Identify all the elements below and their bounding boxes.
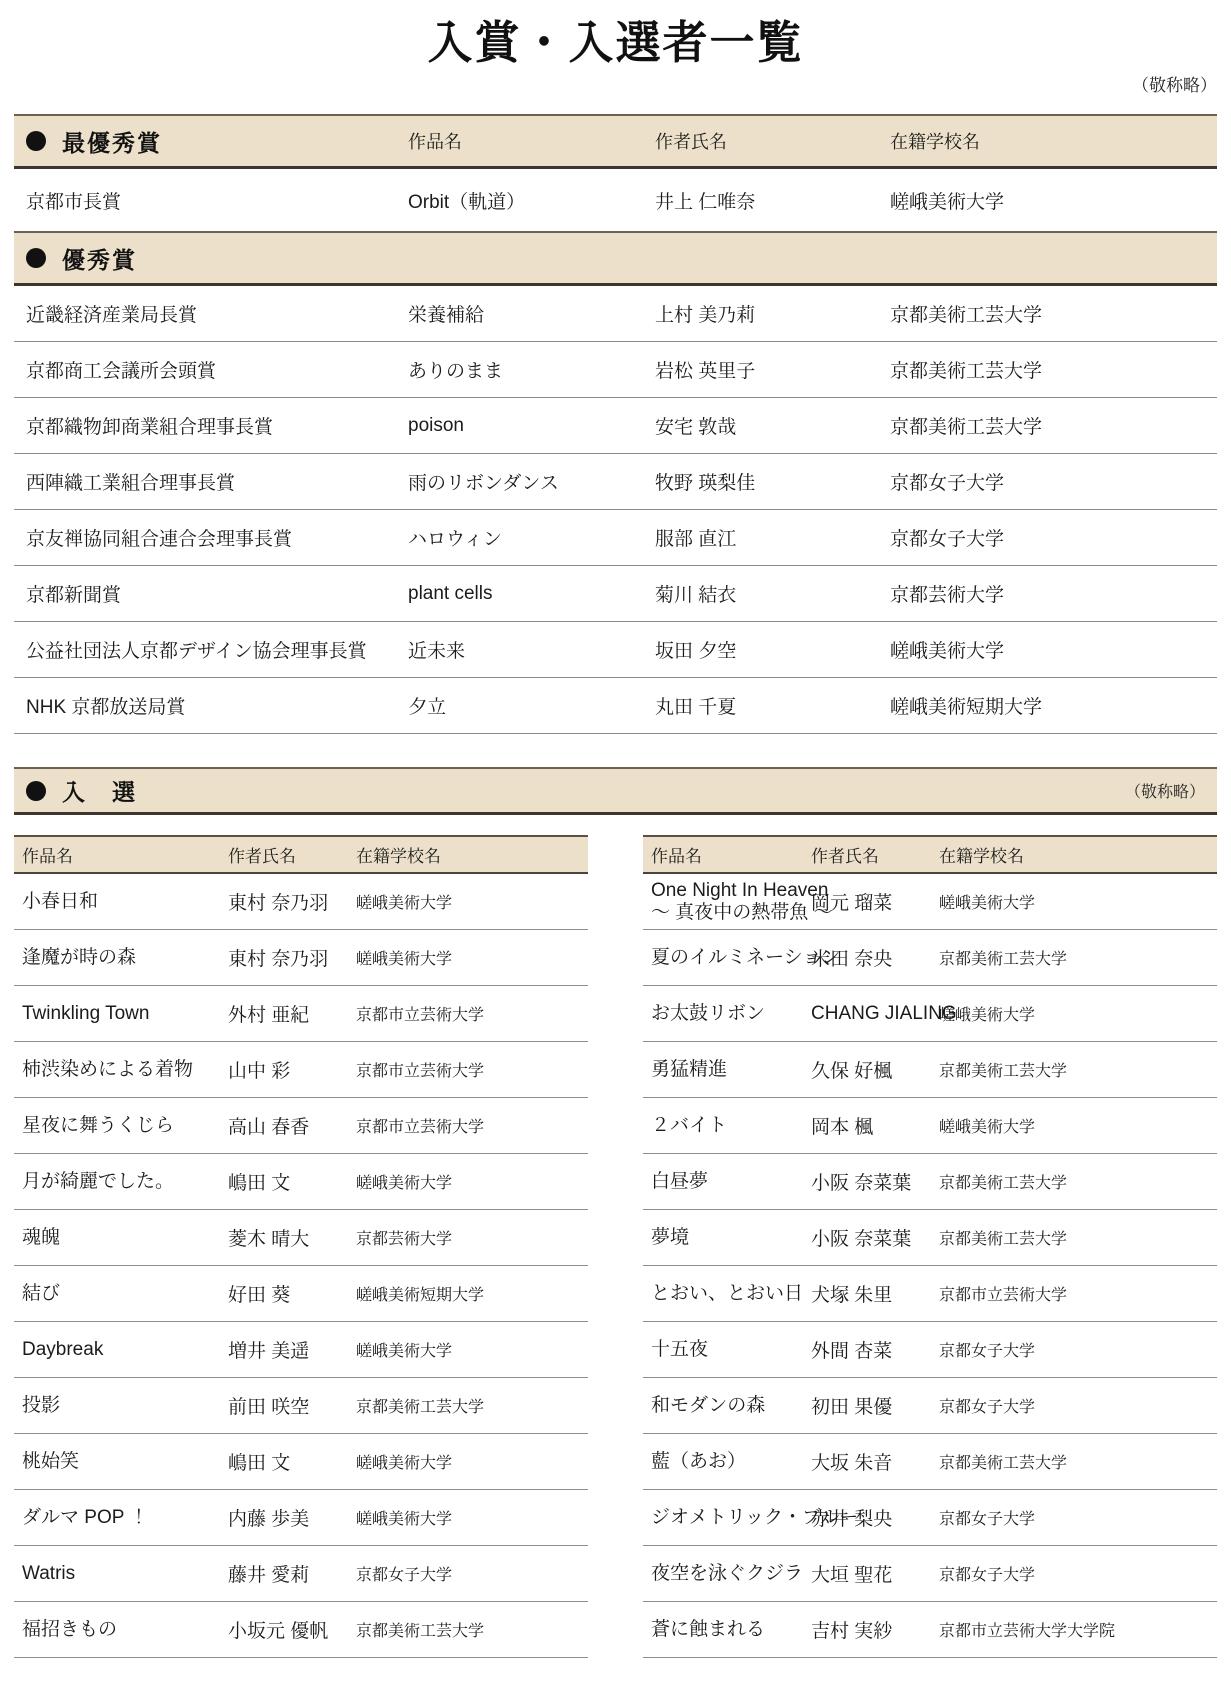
bullet-icon [26, 131, 46, 151]
work-title-cell: ありのまま [408, 356, 655, 383]
selected-row: One Night In Heaven ～ 真夜中の熱帯魚 ～ 岡元 瑠菜 嵯峨… [643, 874, 1217, 930]
school-name-cell: 京都市立芸術大学 [939, 1282, 1209, 1305]
award-row: 京都商工会議所会頭賞 ありのまま 岩松 英里子 京都美術工芸大学 [14, 342, 1217, 398]
selected-row: 勇猛精進 久保 好楓 京都美術工芸大学 [643, 1042, 1217, 1098]
column-header-school: 在籍学校名 [890, 128, 1205, 154]
artist-name-cell: 増井 美遥 [228, 1336, 356, 1363]
artist-name-cell: 嶋田 文 [228, 1448, 356, 1475]
school-name-cell: 嵯峨美術大学 [356, 1506, 580, 1529]
school-name-cell: 京都美術工芸大学 [356, 1394, 580, 1417]
artist-name-cell: 初田 果優 [811, 1392, 939, 1419]
award-name-cell: 京都織物卸商業組合理事長賞 [26, 412, 408, 439]
school-name-cell: 京都女子大学 [356, 1562, 580, 1585]
artist-name-cell: 上村 美乃莉 [655, 300, 890, 327]
school-name-cell: 京都美術工芸大学 [939, 1226, 1209, 1249]
award-row: 公益社団法人京都デザイン協会理事長賞 近未来 坂田 夕空 嵯峨美術大学 [14, 622, 1217, 678]
school-name-cell: 京都芸術大学 [356, 1226, 580, 1249]
work-title-cell: poison [408, 415, 655, 437]
school-name-cell: 京都女子大学 [890, 468, 1205, 495]
work-title-cell: ダルマ POP ！ [22, 1507, 228, 1529]
column-header-school: 在籍学校名 [939, 842, 1209, 867]
selected-row: 星夜に舞うくじら 高山 春香 京都市立芸術大学 [14, 1098, 588, 1154]
artist-name-cell: 服部 直江 [655, 524, 890, 551]
selected-row: 和モダンの森 初田 果優 京都女子大学 [643, 1378, 1217, 1434]
artist-name-cell: 小阪 奈菜葉 [811, 1224, 939, 1251]
work-title-cell: 結び [22, 1283, 228, 1305]
award-row: 京都織物卸商業組合理事長賞 poison 安宅 敦哉 京都美術工芸大学 [14, 398, 1217, 454]
selected-tables: 作品名 作者氏名 在籍学校名 小春日和 東村 奈乃羽 嵯峨美術大学 逢魔が時の森… [14, 835, 1217, 1658]
artist-name-cell: 坂田 夕空 [655, 636, 890, 663]
work-title-cell: 福招きもの [22, 1619, 228, 1641]
award-row: NHK 京都放送局賞 夕立 丸田 千夏 嵯峨美術短期大学 [14, 678, 1217, 734]
work-title-cell: 夕立 [408, 692, 655, 719]
selected-row: とおい、とおい日 犬塚 朱里 京都市立芸術大学 [643, 1266, 1217, 1322]
selected-table-left-header: 作品名 作者氏名 在籍学校名 [14, 835, 588, 874]
school-name-cell: 京都美術工芸大学 [939, 1170, 1209, 1193]
artist-name-cell: 前田 咲空 [228, 1392, 356, 1419]
school-name-cell: 嵯峨美術大学 [356, 890, 580, 913]
school-name-cell: 嵯峨美術大学 [939, 1114, 1209, 1137]
artist-name-cell: 岡元 瑠菜 [811, 888, 939, 915]
school-name-cell: 京都市立芸術大学大学院 [939, 1618, 1209, 1641]
selected-row: 蒼に蝕まれる 吉村 実紗 京都市立芸術大学大学院 [643, 1602, 1217, 1658]
work-title-cell: 十五夜 [651, 1339, 811, 1361]
school-name-cell: 京都市立芸術大学 [356, 1002, 580, 1025]
selected-heading-cell: 入 選 [26, 774, 137, 807]
work-title-cell: ハロウィン [408, 524, 655, 551]
work-title-cell: 栄養補給 [408, 300, 655, 327]
column-header-artist: 作者氏名 [811, 842, 939, 867]
artist-name-cell: 赤井 梨央 [811, 1504, 939, 1531]
grand-prize-band: 最優秀賞 作品名 作者氏名 在籍学校名 [14, 114, 1217, 169]
honorifics-note: （敬称略） [14, 76, 1217, 96]
artist-name-cell: 山中 彩 [228, 1056, 356, 1083]
selected-row: 桃始笑 嶋田 文 嵯峨美術大学 [14, 1434, 588, 1490]
selected-section-band: 入 選 （敬称略） [14, 767, 1217, 815]
artist-name-cell: 丸田 千夏 [655, 692, 890, 719]
artist-name-cell: 大垣 聖花 [811, 1560, 939, 1587]
selected-row: 夜空を泳ぐクジラ 大垣 聖花 京都女子大学 [643, 1546, 1217, 1602]
selected-row: ２バイト 岡本 楓 嵯峨美術大学 [643, 1098, 1217, 1154]
column-header-work: 作品名 [408, 128, 655, 154]
school-name-cell: 京都芸術大学 [890, 580, 1205, 607]
selected-row: ダルマ POP ！ 内藤 歩美 嵯峨美術大学 [14, 1490, 588, 1546]
artist-name-cell: 大坂 朱音 [811, 1448, 939, 1475]
artist-name-cell: 小坂元 優帆 [228, 1616, 356, 1643]
school-name-cell: 京都美術工芸大学 [939, 1058, 1209, 1081]
work-title-cell: 勇猛精進 [651, 1059, 811, 1081]
award-name-cell: 京都新聞賞 [26, 580, 408, 607]
artist-name-cell: 高山 春香 [228, 1112, 356, 1139]
artist-name-cell: 東村 奈乃羽 [228, 944, 356, 971]
artist-name-cell: 犬塚 朱里 [811, 1280, 939, 1307]
honorifics-note: （敬称略） [1125, 779, 1205, 802]
work-title-cell: 雨のリボンダンス [408, 468, 655, 495]
artist-name-cell: 岩松 英里子 [655, 356, 890, 383]
work-title-cell: 夏のイルミネーション [651, 947, 811, 969]
selected-row: 小春日和 東村 奈乃羽 嵯峨美術大学 [14, 874, 588, 930]
selected-row: 夏のイルミネーション 米田 奈央 京都美術工芸大学 [643, 930, 1217, 986]
work-title-cell: ２バイト [651, 1115, 811, 1137]
school-name-cell: 嵯峨美術短期大学 [890, 692, 1205, 719]
artist-name-cell: 嶋田 文 [228, 1168, 356, 1195]
excellence-prize-rows: 近畿経済産業局長賞 栄養補給 上村 美乃莉 京都美術工芸大学 京都商工会議所会頭… [14, 286, 1217, 734]
school-name-cell: 嵯峨美術大学 [890, 187, 1205, 214]
award-name-cell: 京都市長賞 [26, 187, 408, 214]
selected-row: 魂魄 菱木 晴大 京都芸術大学 [14, 1210, 588, 1266]
work-title-cell: 近未来 [408, 636, 655, 663]
work-title-cell: お太鼓リボン [651, 1003, 811, 1025]
selected-row: Daybreak 増井 美遥 嵯峨美術大学 [14, 1322, 588, 1378]
artist-name-cell: 安宅 敦哉 [655, 412, 890, 439]
award-name-cell: 近畿経済産業局長賞 [26, 300, 408, 327]
artist-name-cell: 米田 奈央 [811, 944, 939, 971]
artist-name-cell: 牧野 瑛梨佳 [655, 468, 890, 495]
work-title-cell: 桃始笑 [22, 1451, 228, 1473]
column-header-work: 作品名 [651, 842, 811, 867]
award-row: 近畿経済産業局長賞 栄養補給 上村 美乃莉 京都美術工芸大学 [14, 286, 1217, 342]
award-name-cell: 京友禅協同組合連合会理事長賞 [26, 524, 408, 551]
excellence-heading: 優秀賞 [62, 242, 137, 275]
school-name-cell: 京都市立芸術大学 [356, 1058, 580, 1081]
school-name-cell: 京都美術工芸大学 [356, 1618, 580, 1641]
work-title-cell: ジオメトリック・ブルー [651, 1507, 811, 1529]
selected-row: お太鼓リボン CHANG JIALING 嵯峨美術大学 [643, 986, 1217, 1042]
work-title-cell: 星夜に舞うくじら [22, 1115, 228, 1137]
work-title-cell: Watris [22, 1563, 228, 1585]
artist-name-cell: 藤井 愛莉 [228, 1560, 356, 1587]
work-title-cell: 投影 [22, 1395, 228, 1417]
award-row: 京都市長賞 Orbit（軌道） 井上 仁唯奈 嵯峨美術大学 [14, 169, 1217, 231]
selected-table-right: 作品名 作者氏名 在籍学校名 One Night In Heaven ～ 真夜中… [643, 835, 1217, 1658]
award-row: 西陣織工業組合理事長賞 雨のリボンダンス 牧野 瑛梨佳 京都女子大学 [14, 454, 1217, 510]
school-name-cell: 嵯峨美術短期大学 [356, 1282, 580, 1305]
award-name-cell: NHK 京都放送局賞 [26, 692, 408, 719]
selected-row: 月が綺麗でした。 嶋田 文 嵯峨美術大学 [14, 1154, 588, 1210]
school-name-cell: 京都女子大学 [939, 1394, 1209, 1417]
school-name-cell: 嵯峨美術大学 [356, 946, 580, 969]
excellence-prize-band: 優秀賞 [14, 231, 1217, 286]
award-row: 京友禅協同組合連合会理事長賞 ハロウィン 服部 直江 京都女子大学 [14, 510, 1217, 566]
selected-table-left: 作品名 作者氏名 在籍学校名 小春日和 東村 奈乃羽 嵯峨美術大学 逢魔が時の森… [14, 835, 588, 1658]
selected-row: Watris 藤井 愛莉 京都女子大学 [14, 1546, 588, 1602]
work-title-cell: Twinkling Town [22, 1003, 228, 1025]
artist-name-cell: 小阪 奈菜葉 [811, 1168, 939, 1195]
selected-row: 十五夜 外間 杏菜 京都女子大学 [643, 1322, 1217, 1378]
work-title-cell: 魂魄 [22, 1227, 228, 1249]
work-title-cell: 夜空を泳ぐクジラ [651, 1563, 811, 1585]
column-header-work: 作品名 [22, 842, 228, 867]
selected-row: 夢境 小阪 奈菜葉 京都美術工芸大学 [643, 1210, 1217, 1266]
school-name-cell: 嵯峨美術大学 [939, 1002, 1209, 1025]
school-name-cell: 嵯峨美術大学 [939, 890, 1209, 913]
school-name-cell: 嵯峨美術大学 [356, 1450, 580, 1473]
artist-name-cell: 外村 亜紀 [228, 1000, 356, 1027]
school-name-cell: 京都美術工芸大学 [890, 412, 1205, 439]
school-name-cell: 京都女子大学 [890, 524, 1205, 551]
grand-prize-heading: 最優秀賞 [62, 125, 162, 158]
work-title-cell: 夢境 [651, 1227, 811, 1249]
work-title-cell: 白昼夢 [651, 1171, 811, 1193]
grand-prize-rows: 京都市長賞 Orbit（軌道） 井上 仁唯奈 嵯峨美術大学 [14, 169, 1217, 231]
work-title-cell: 藍（あお） [651, 1451, 811, 1473]
selected-heading: 入 選 [62, 774, 137, 807]
school-name-cell: 嵯峨美術大学 [356, 1338, 580, 1361]
artist-name-cell: 菱木 晴大 [228, 1224, 356, 1251]
work-title-cell: Orbit（軌道） [408, 187, 655, 214]
selected-row: 藍（あお） 大坂 朱音 京都美術工芸大学 [643, 1434, 1217, 1490]
work-title-cell: 逢魔が時の森 [22, 947, 228, 969]
column-header-artist: 作者氏名 [655, 128, 890, 154]
selected-row: ジオメトリック・ブルー 赤井 梨央 京都女子大学 [643, 1490, 1217, 1546]
artist-name-cell: 好田 葵 [228, 1280, 356, 1307]
bullet-icon [26, 248, 46, 268]
work-title-cell: 和モダンの森 [651, 1395, 811, 1417]
selected-row: 柿渋染めによる着物 山中 彩 京都市立芸術大学 [14, 1042, 588, 1098]
artist-name-cell: 東村 奈乃羽 [228, 888, 356, 915]
award-name-cell: 西陣織工業組合理事長賞 [26, 468, 408, 495]
artist-name-cell: 岡本 楓 [811, 1112, 939, 1139]
school-name-cell: 京都美術工芸大学 [939, 1450, 1209, 1473]
work-title-cell: Daybreak [22, 1339, 228, 1361]
work-title-cell: とおい、とおい日 [651, 1283, 811, 1305]
grand-prize-heading-cell: 最優秀賞 [26, 125, 408, 158]
school-name-cell: 嵯峨美術大学 [890, 636, 1205, 663]
school-name-cell: 京都美術工芸大学 [890, 356, 1205, 383]
school-name-cell: 京都美術工芸大学 [890, 300, 1205, 327]
artist-name-cell: 吉村 実紗 [811, 1616, 939, 1643]
selected-row: 結び 好田 葵 嵯峨美術短期大学 [14, 1266, 588, 1322]
school-name-cell: 京都市立芸術大学 [356, 1114, 580, 1137]
school-name-cell: 京都女子大学 [939, 1506, 1209, 1529]
school-name-cell: 京都美術工芸大学 [939, 946, 1209, 969]
column-header-artist: 作者氏名 [228, 842, 356, 867]
selected-row: 投影 前田 咲空 京都美術工芸大学 [14, 1378, 588, 1434]
award-row: 京都新聞賞 plant cells 菊川 結衣 京都芸術大学 [14, 566, 1217, 622]
selected-row: 福招きもの 小坂元 優帆 京都美術工芸大学 [14, 1602, 588, 1658]
work-title-cell: plant cells [408, 583, 655, 605]
artist-name-cell: 内藤 歩美 [228, 1504, 356, 1531]
school-name-cell: 京都女子大学 [939, 1338, 1209, 1361]
excellence-heading-cell: 優秀賞 [26, 242, 408, 275]
bullet-icon [26, 781, 46, 801]
artist-name-cell: CHANG JIALING [811, 1003, 939, 1025]
work-title-cell: 蒼に蝕まれる [651, 1619, 811, 1641]
document-page: 入賞・入選者一覧 （敬称略） 最優秀賞 作品名 作者氏名 在籍学校名 京都市長賞… [0, 0, 1231, 1658]
award-name-cell: 京都商工会議所会頭賞 [26, 356, 408, 383]
selected-table-right-header: 作品名 作者氏名 在籍学校名 [643, 835, 1217, 874]
work-title-cell: 月が綺麗でした。 [22, 1171, 228, 1193]
selected-row: Twinkling Town 外村 亜紀 京都市立芸術大学 [14, 986, 588, 1042]
artist-name-cell: 井上 仁唯奈 [655, 187, 890, 214]
page-title: 入賞・入選者一覧 [14, 16, 1217, 70]
work-title-cell: One Night In Heaven ～ 真夜中の熱帯魚 ～ [651, 880, 811, 924]
work-title-cell: 小春日和 [22, 891, 228, 913]
column-header-school: 在籍学校名 [356, 842, 580, 867]
work-title-cell: 柿渋染めによる着物 [22, 1059, 228, 1081]
school-name-cell: 嵯峨美術大学 [356, 1170, 580, 1193]
artist-name-cell: 外間 杏菜 [811, 1336, 939, 1363]
award-name-cell: 公益社団法人京都デザイン協会理事長賞 [26, 636, 408, 663]
artist-name-cell: 菊川 結衣 [655, 580, 890, 607]
school-name-cell: 京都女子大学 [939, 1562, 1209, 1585]
artist-name-cell: 久保 好楓 [811, 1056, 939, 1083]
selected-row: 白昼夢 小阪 奈菜葉 京都美術工芸大学 [643, 1154, 1217, 1210]
selected-row: 逢魔が時の森 東村 奈乃羽 嵯峨美術大学 [14, 930, 588, 986]
